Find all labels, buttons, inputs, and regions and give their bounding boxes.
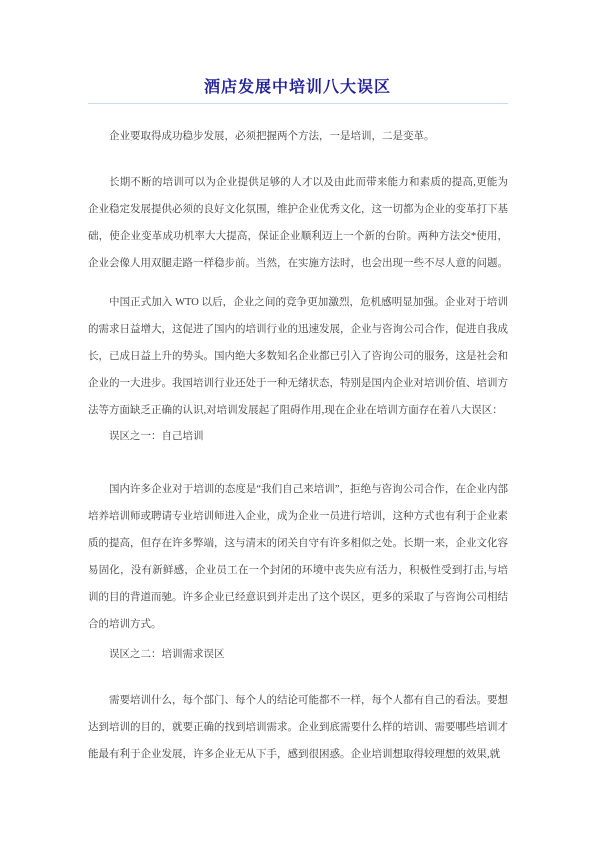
paragraph-misconception-2-body: 需要培训什么，每个部门、每个人的结论可能都不一样，每个人都有自己的看法。要想达到…: [88, 687, 508, 768]
paragraph-wto-background: 中国正式加入 WTO 以后，企业之间的竞争更加激烈，危机感明显加强。企业对于培训…: [88, 289, 508, 424]
document-title: 酒店发展中培训八大误区: [0, 74, 595, 97]
document-page: 酒店发展中培训八大误区 企业要取得成功稳步发展，必须把握两个方法，一是培训，二是…: [0, 0, 595, 842]
paragraph-misconception-1-body: 国内许多企业对于培训的态度是“我们自己来培训”，拒绝与咨询公司合作，在企业内部培…: [88, 476, 508, 638]
section-heading-misconception-2: 误区之二：培训需求误区: [88, 641, 508, 668]
section-heading-misconception-1: 误区之一：自己培训: [88, 423, 508, 450]
paragraph-intro: 企业要取得成功稳步发展，必须把握两个方法，一是培训，二是变革。: [88, 123, 508, 150]
title-divider-rule: [88, 103, 508, 104]
paragraph-training-and-change: 长期不断的培训可以为企业提供足够的人才以及由此而带来能力和素质的提高,更能为企业…: [88, 169, 508, 277]
